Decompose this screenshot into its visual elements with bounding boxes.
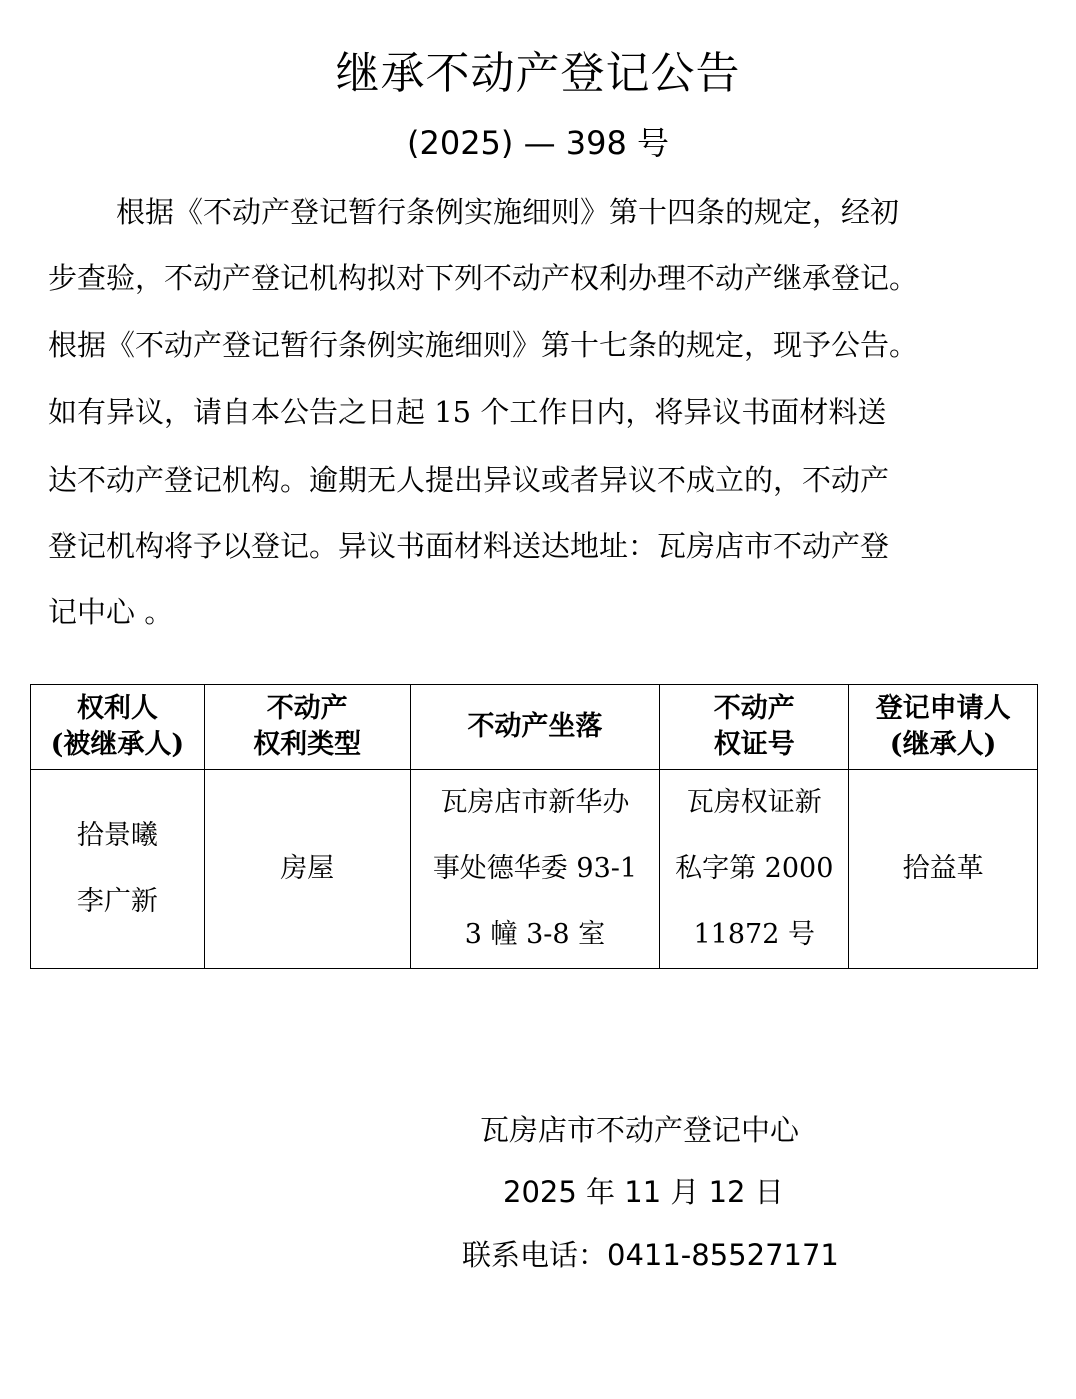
cell-applicant: 拾益革 (849, 770, 1038, 969)
cell-right-holders: 拾景曦李广新 (31, 770, 205, 969)
body-line-3: 根据《不动产登记暂行条例实施细则》第十七条的规定，现予公告。 (48, 325, 918, 365)
cell-right-type: 房屋 (204, 770, 410, 969)
header-location: 不动产坐落 (410, 685, 660, 770)
contact-phone: 联系电话：0411-85527171 (462, 1235, 982, 1275)
table-row: 拾景曦李广新 房屋 瓦房店市新华办事处德华委 93-13 幢 3-8 室 瓦房权… (31, 770, 1038, 969)
body-line-1: 根据《不动产登记暂行条例实施细则》第十四条的规定，经初 (116, 192, 899, 232)
body-line-4: 如有异议，请自本公告之日起 15 个工作日内，将异议书面材料送 (48, 392, 886, 432)
header-applicant: 登记申请人(继承人) (849, 685, 1038, 770)
header-right-holder: 权利人(被继承人) (31, 685, 205, 770)
header-certificate: 不动产权证号 (660, 685, 849, 770)
notice-number: (2025) — 398 号 (0, 118, 1076, 168)
body-line-7: 记中心 。 (48, 592, 173, 632)
issue-date: 2025 年 11 月 12 日 (503, 1172, 1023, 1212)
body-line-5: 达不动产登记机构。逾期无人提出异议或者异议不成立的，不动产 (48, 460, 889, 500)
body-line-2: 步查验，不动产登记机构拟对下列不动产权利办理不动产继承登记。 (48, 258, 918, 298)
notice-title: 继承不动产登记公告 (0, 44, 1076, 104)
cell-location: 瓦房店市新华办事处德华委 93-13 幢 3-8 室 (410, 770, 660, 969)
cell-certificate: 瓦房权证新私字第 200011872 号 (660, 770, 849, 969)
issuer: 瓦房店市不动产登记中心 (480, 1110, 1000, 1150)
property-table: 权利人(被继承人) 不动产权利类型 不动产坐落 不动产权证号 登记申请人(继承人… (30, 684, 1038, 969)
body-line-6: 登记机构将予以登记。异议书面材料送达地址：瓦房店市不动产登 (48, 526, 889, 566)
header-right-type: 不动产权利类型 (204, 685, 410, 770)
table-header-row: 权利人(被继承人) 不动产权利类型 不动产坐落 不动产权证号 登记申请人(继承人… (31, 685, 1038, 770)
